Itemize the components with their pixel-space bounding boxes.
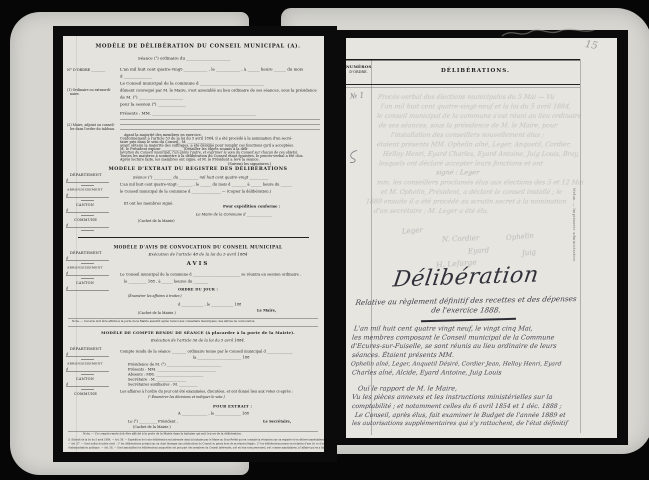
entry-number: № 1 [350,90,365,100]
ruled-line [120,124,320,125]
footnote-line: (1) Extrait de la loi du 5 avril 1884. —… [68,439,324,442]
cachet-mairie: (Cachet de la Mairie.) [138,311,176,315]
presents-line: Présents : MM. _________________________… [120,111,256,116]
signature: Juig [522,248,537,257]
margin-arrondissement: ARRONDISSEMENT [67,188,103,192]
pour-extrait: POUR EXTRAIT : [213,404,252,409]
pencil-line: lesquels ont déclaré accepter leurs fonc… [378,160,543,168]
margin-separator [81,374,94,375]
ink-line: comptabilité ; et notamment celles du 6 … [352,402,563,410]
section-rule [68,326,318,327]
cachet-mairie: (Cachet de la Mairie.) [133,425,171,429]
register-scan: MODÈLE DE DÉLIBÉRATION DU CONSEIL MUNICI… [0,0,649,480]
printer-imprint-vertical: Melun. — Imprimerie administrative. [572,188,576,263]
s4-body-line: Présents : MM. _________________________… [128,367,216,372]
s4-body-line: Présidence de M. (²) ___________________… [128,362,222,367]
nota-rule [68,431,318,432]
margin-no-ordre: N° D'ORDRE ________ [67,68,105,72]
margin-d: d [66,287,109,292]
s4-body-line: Secrétaire : M. ________________ [128,377,186,382]
margin-departement: DÉPARTEMENT [70,251,102,255]
margin-d: d [66,194,109,199]
header-double-rule-2 [346,87,580,88]
left-page-margin-line [76,36,77,452]
s2-body-line: Et ont les membres signé. [124,201,174,206]
signature: Leger [402,226,423,235]
margin-separator [81,263,94,264]
compte-rendu-subtitle: Exécution de l'article 56 de la loi du 5… [93,338,303,343]
header-double-rule-1 [346,84,580,85]
margin-separator [81,389,94,390]
s3-body-line: Le Conseil municipal de la commune d ___… [120,272,301,277]
s4-date-line: À ______________ , le ______________ 188 [178,411,249,416]
margin-d: d [66,257,109,262]
margin-arrondissement: ARRONDISSEMENT [67,362,103,366]
ruled-line [120,119,320,120]
left-page: MODÈLE DE DÉLIBÉRATION DU CONSEIL MUNICI… [63,36,324,452]
margin-d: d [66,179,109,184]
s1-body-line: de M. (²) ______________________ [120,95,183,100]
margin-departement: DÉPARTEMENT [70,173,102,177]
ink-line: Ouï le rapport de M. le Maire, [358,385,458,393]
pencil-line: de ses séances, sous la présidence de M.… [378,122,557,130]
pencil-line: étaient présents MM. Ophelin aîné, Leger… [376,141,571,149]
ruled-line [120,129,320,130]
signature: Eyard [468,246,489,255]
s1-body-line: L'an mil huit cent quatre-vingt-________… [120,67,303,72]
expedition-conforme: Pour expédition conforme : [223,204,280,209]
margin-note-2b: ler dans l'ordre du tableau. [70,127,115,131]
subtitle-underline [421,318,516,322]
s4-body-line: Secrétaires auxiliaires : M. __________ [128,382,197,387]
nota-rule [68,318,318,319]
pencil-line: Procès-verbal des élections municipales … [377,93,555,101]
seance-line: Séance (¹) ordinaire du ________________… [138,56,230,61]
s1-body-line: dûment convoqué par M. le Maire, s'est a… [120,88,317,93]
section-divider [78,237,309,238]
s4-body-line: Les affaires à l'ordre du jour ont été e… [120,389,293,394]
s4-secretaire: Le Secrétaire, [263,419,291,424]
cachet-mairie: (Cachet de la Mairie) [138,219,175,223]
margin-d: d [66,383,109,388]
deliberation-subtitle-1: Relative au règlement définitif des rece… [350,295,582,307]
margin-separator [81,185,94,186]
s1-body-line: pour la session (³) ______________ [120,102,186,107]
margin-canton: CANTON [76,203,94,207]
margin-separator [81,230,94,231]
margin-canton: CANTON [76,281,94,285]
enumerer-note: (Énumérer les affaires à traiter.) [128,294,181,298]
deliberation-heading: Délibération [354,260,579,293]
margin-commune: COMMUNE [74,392,97,396]
signature: Ophelin [506,232,534,242]
pencil-line: 1889 ensuite il a été procédé au scrutin… [365,198,567,206]
ink-line: les autorisations supplémentaires qui s'… [352,420,569,427]
s1-body-line: d ______________ [120,74,152,79]
ink-line: Le Conseil, après élus, fait examiner le… [355,411,567,419]
s1-body-line: Le Conseil municipal de la commune d ___… [120,81,264,86]
s3-body-line: le __________ 188 , à ______ heures du _… [124,279,208,284]
col-header-deliberations: DÉLIBÉRATIONS. [371,67,580,74]
ink-line: séances. Étaient présents MM. [352,352,455,360]
ink-line: Charles aîné, Alcide, Eyard Antoine, Jui… [352,369,503,377]
form-title-extrait: MODÈLE D'EXTRAIT DU REGISTRE DES DÉLIBÉR… [83,166,313,172]
pencil-scribble [498,22,598,42]
form-title-avis: MODÈLE D'AVIS DE CONVOCATION DU CONSEIL … [93,245,303,250]
s4-president: Le (²) __________ Président , [128,419,178,424]
ink-line: les membres composant le Conseil municip… [352,334,555,342]
margin-separator [81,215,94,216]
margin-d: d [66,272,109,277]
form-title-compte-rendu: MODÈLE DE COMPTE RENDU DE SÉANCE (à plac… [88,330,308,335]
s4-body-line: la ________________________ 188 [193,355,249,360]
s3-date-line: d ____________ , le ____________ 188 [178,302,241,307]
col-header-numeros: NUMÉROS [346,64,371,69]
ink-flourish [347,149,360,164]
s2-body-line: le Conseil municipal de la commune d ___… [120,189,271,194]
margin-canton: CANTON [76,377,94,381]
avis-word: AVIS [93,260,303,267]
s4-body-line: (³ Énumérer les décisions et indiquer le… [148,395,225,399]
s2-body-line: L'an mil huit cent quatre-vingt-________… [120,182,292,187]
margin-d: d [66,368,109,373]
ink-line: Vu les pièces annexes et les instruction… [352,394,553,402]
form-title-deliberation: MODÈLE DE DÉLIBÉRATION DU CONSEIL MUNICI… [83,43,313,49]
s2-body-line: Séance (¹) __________ du __________ mil … [133,175,268,180]
s4-body-line: Absents : MM. __________________________ [128,372,203,377]
margin-d: d [66,209,109,214]
s1-para-line: Après lecture faite, les membres ont sig… [120,158,260,162]
deliberation-subtitle-2: de l'exercice 1888. [350,307,581,315]
folio-number: 15 [584,39,598,52]
ordre-du-jour: ORDRE DU JOUR : [143,287,253,292]
ink-line: d'Ecures-sur-Fuiselle, se sont réunis au… [351,343,557,351]
ink-line: Ophelin aîné, Leger, Anquetil Désiré, Co… [351,360,562,367]
footnote-line: d'administration publique. — Art. 58. — … [68,447,324,450]
s4-body-line: Compte rendu de la séance ________ ordin… [120,349,293,354]
margin-separator [81,359,94,360]
margin-separator [81,200,94,201]
pencil-line: le conseil municipal de la commune s'est… [376,112,582,120]
footnote-line: — Art. 57. — Sont nulles de plein droit … [68,443,324,446]
pencil-line: l'installation des conseillers nouvellem… [390,131,544,139]
table-column-divider [371,59,372,435]
s4-nota: Nota. — Ce compte rendu doit être affich… [83,433,242,436]
signature: N. Cordier [442,234,480,243]
avis-subtitle: Exécution de l'article 48 de la loi du 5… [93,252,303,257]
margin-d: d [66,224,109,229]
margin-departement: DÉPARTEMENT [70,347,102,351]
margin-arrondissement: ARRONDISSEMENT [67,266,103,270]
maire-commune-line: Le Maire de la Commune d ______________ [196,212,272,217]
pencil-line: signé : Leger [435,169,479,177]
le-maire: Le Maire, [257,308,276,313]
margin-separator [81,278,94,279]
pencil-line: mm. les conseillers proclamés élus aux é… [376,179,584,187]
s3-nota: Nota. — Cet avis doit être affiché à la … [72,320,255,323]
pencil-line: Helloy Henri, Eyard Charles, Eyard Antoi… [382,150,579,158]
pencil-line: et M. Ophelin, Président, a déclaré le c… [380,188,562,196]
pencil-line: l'an mil huit cent quatre-vingt-neuf et … [380,103,571,111]
col-header-ordre: D'ORDRE. [346,70,371,74]
table-top-rule [346,59,580,61]
right-page: NUMÉROS D'ORDRE. DÉLIBÉRATIONS. № 1 Proc… [346,38,617,438]
margin-note-1b: naire. [70,92,80,96]
ink-line: L'an mil huit cent quatre vingt neuf, le… [354,325,534,333]
margin-commune: COMMUNE [74,218,97,222]
margin-d: d [66,353,109,358]
pencil-line: d'un secrétaire ; M. Leger a été élu. [373,207,489,215]
